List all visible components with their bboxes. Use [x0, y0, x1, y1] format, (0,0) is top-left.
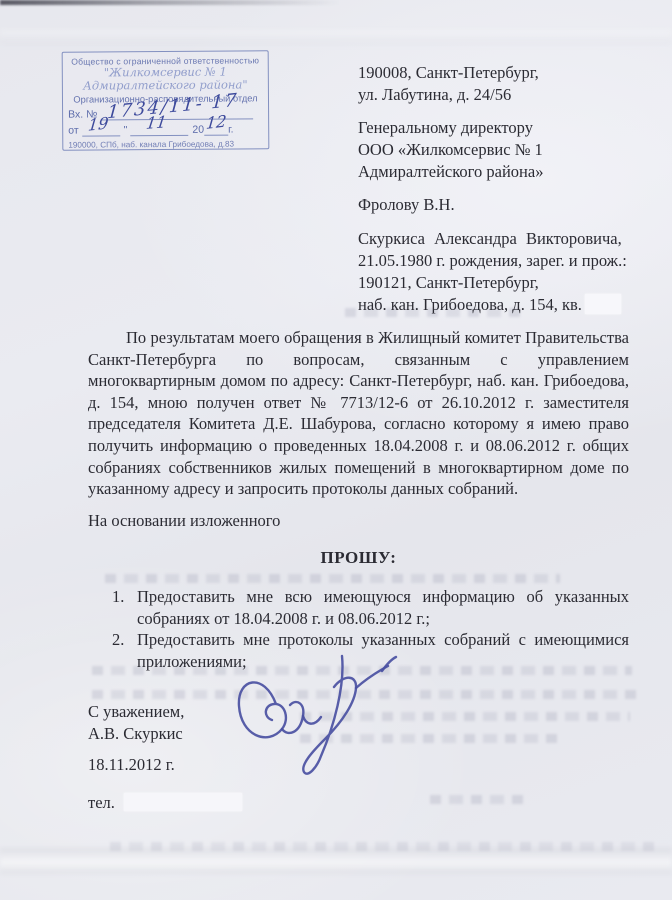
spacer [358, 183, 658, 194]
closing-salutation: С уважением, [88, 701, 242, 723]
sender-postal: 190121, Санкт-Петербург, [358, 272, 658, 294]
redaction-box-apartment [585, 294, 621, 314]
bleed-through-text [105, 574, 560, 583]
bleed-through-text [430, 795, 530, 804]
signer-name: А.В. Скуркис [88, 723, 242, 745]
registration-stamp: Общество с ограниченной ответственностью… [62, 50, 270, 150]
closing-block: С уважением, А.В. Скуркис 18.11.2012 г. … [88, 701, 242, 814]
letter-date: 18.11.2012 г. [88, 754, 242, 776]
recipient-company-1: ООО «Жилкомсервис № 1 [358, 139, 658, 161]
recipient-person: Фролову В.Н. [358, 194, 658, 216]
stamp-date-quote: " [124, 124, 128, 136]
list-item-number: 2. [112, 629, 137, 672]
spacer [358, 106, 658, 117]
sender-street-text: наб. кан. Грибоедова, д. 154, кв. [358, 295, 582, 314]
list-item-text: Предоставить мне всю имеющуюся информаци… [137, 586, 629, 629]
scan-edge-shadow [0, 0, 340, 5]
stamp-date-row: от 19 " 11 20 12 г. [68, 122, 263, 136]
recipient-postal-code: 190008, Санкт-Петербург, [358, 62, 658, 84]
address-block: 190008, Санкт-Петербург, ул. Лабутина, д… [358, 62, 658, 316]
handwritten-day: 19 [88, 113, 110, 135]
sender-street: наб. кан. Грибоедова, д. 154, кв. [358, 294, 658, 316]
list-item: 1. Предоставить мне всю имеющуюся информ… [112, 586, 629, 629]
stamp-year-prefix: 20 [192, 124, 204, 136]
list-item-number: 1. [112, 586, 137, 629]
recipient-title: Генеральному директору [358, 117, 658, 139]
sender-name: Скуркиса Александра Викторовича, [358, 228, 658, 250]
signature [224, 646, 406, 788]
recipient-company-2: Адмиралтейского района» [358, 161, 658, 183]
spacer [358, 216, 658, 228]
recipient-street: ул. Лабутина, д. 24/56 [358, 84, 658, 106]
phone-line: тел. [88, 792, 242, 814]
redaction-box-phone [124, 793, 242, 811]
handwritten-year: 12 [205, 111, 227, 133]
paper-crease [0, 30, 672, 44]
handwritten-month: 11 [145, 112, 168, 133]
body-paragraph: По результатам моего обращения в Жилищны… [88, 327, 629, 500]
phone-label: тел. [88, 793, 115, 812]
stamp-month-blank: 11 [130, 123, 188, 136]
stamp-address: 190000, СПб, наб. канала Грибоедова, д.8… [68, 139, 263, 149]
scanned-letter-page: Общество с ограниченной ответственностью… [0, 0, 672, 900]
bleed-through-text [110, 842, 660, 851]
stamp-inbox-blank: 1734/11- 17 [101, 106, 253, 120]
stamp-date-suffix: г. [228, 124, 234, 136]
signature-ink [224, 646, 406, 788]
paper-crease [0, 848, 672, 874]
stamp-day-blank: 19 [83, 123, 121, 136]
stamp-date-label: от [68, 125, 79, 137]
stamp-year-blank: 12 [204, 123, 228, 136]
basis-line: На основании изложенного [88, 511, 280, 531]
sender-birth: 21.05.1980 г. рождения, зарег. и прож.: [358, 250, 658, 272]
request-heading: ПРОШУ: [88, 548, 629, 568]
